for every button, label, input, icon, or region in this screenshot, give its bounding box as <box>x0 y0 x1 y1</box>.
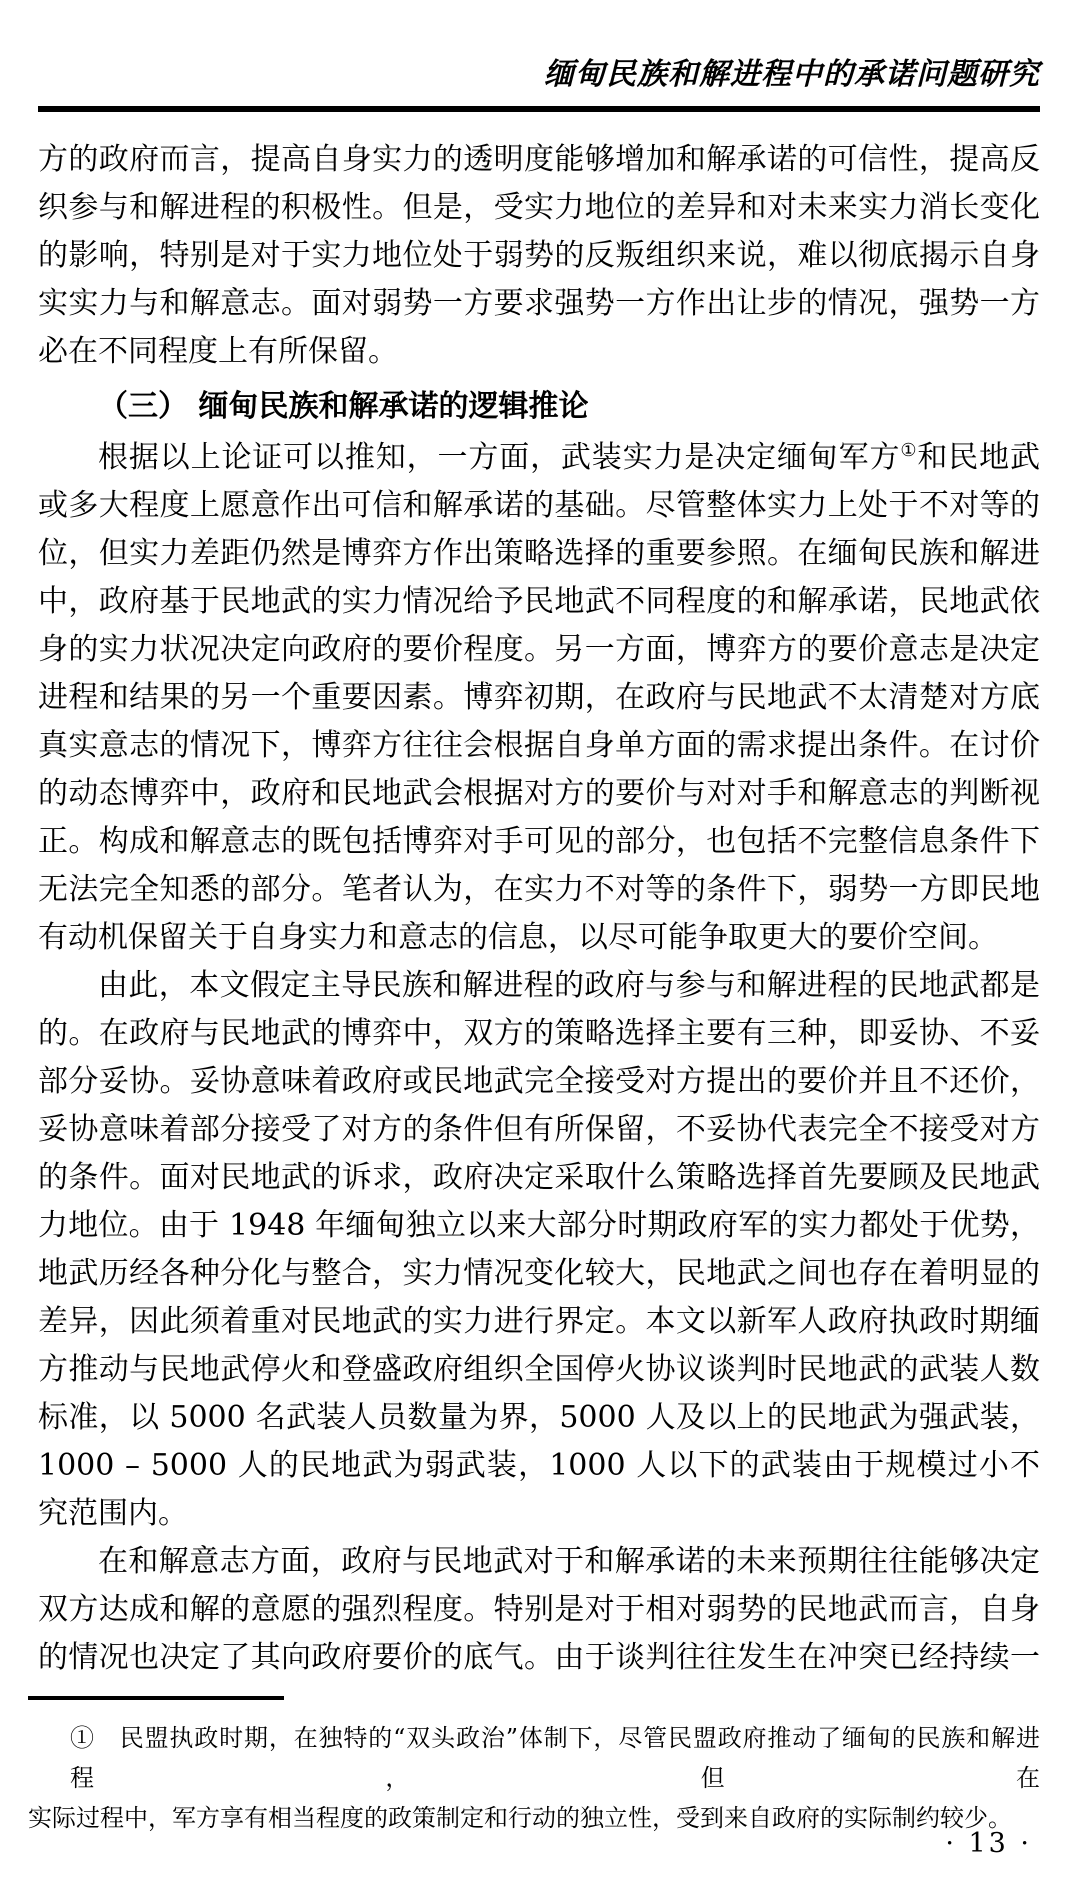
text-line: 身的实力状况决定向政府的要价程度。另一方面，博弈方的要价意志是决定和解 <box>38 626 1040 674</box>
text-line: 中，政府基于民地武的实力情况给予民地武不同程度的和解承诺，民地武依据自 <box>38 578 1040 626</box>
text-line: 1000 – 5000 人的民地武为弱武装，1000 人以下的武装由于规模过小不… <box>38 1442 1040 1490</box>
page-content: 缅甸民族和解进程中的承诺问题研究 方的政府而言，提高自身实力的透明度能够增加和解… <box>0 0 1078 1838</box>
text-line: 的影响，特别是对于实力地位处于弱势的反叛组织来说，难以彻底揭示自身的真 <box>38 232 1040 280</box>
text-line: 方的政府而言，提高自身实力的透明度能够增加和解承诺的可信性，提高反叛组 <box>38 136 1040 184</box>
text-line: 位，但实力差距仍然是博弈方作出策略选择的重要参照。在缅甸民族和解进程 <box>38 530 1040 578</box>
text-line: 方推动与民地武停火和登盛政府组织全国停火协议谈判时民地武的武装人数作为 <box>38 1346 1040 1394</box>
text-line: 正。构成和解意志的既包括博弈对手可见的部分，也包括不完整信息条件下对方 <box>38 818 1040 866</box>
text-line: 的情况也决定了其向政府要价的底气。由于谈判往往发生在冲突已经持续一段时 <box>38 1634 1040 1682</box>
text-line: 有动机保留关于自身实力和意志的信息，以尽可能争取更大的要价空间。 <box>38 914 1040 962</box>
section-heading: （三） 缅甸民族和解承诺的逻辑推论 <box>38 383 1040 431</box>
text-line: 妥协意味着部分接受了对方的条件但有所保留，不妥协代表完全不接受对方提出 <box>38 1106 1040 1154</box>
footnote-block: ① 民盟执政时期，在独特的“双头政治”体制下，尽管民盟政府推动了缅甸的民族和解进… <box>28 1718 1040 1838</box>
text-line: 或多大程度上愿意作出可信和解承诺的基础。尽管整体实力上处于不对等的地 <box>38 482 1040 530</box>
text-line: 实实力与和解意志。面对弱势一方要求强势一方作出让步的情况，强势一方也势 <box>38 280 1040 328</box>
text-line: 部分妥协。妥协意味着政府或民地武完全接受对方提出的要价并且不还价，部分 <box>38 1058 1040 1106</box>
text-line: 织参与和解进程的积极性。但是，受实力地位的差异和对未来实力消长变化预期 <box>38 184 1040 232</box>
text-line: 无法完全知悉的部分。笔者认为，在实力不对等的条件下，弱势一方即民地武最 <box>38 866 1040 914</box>
text-line: 必在不同程度上有所保留。 <box>38 328 1040 376</box>
text-line: 地武历经各种分化与整合，实力情况变化较大，民地武之间也存在着明显的实力 <box>38 1250 1040 1298</box>
footnote-line: 实际过程中，军方享有相当程度的政策制定和行动的独立性，受到来自政府的实际制约较少… <box>28 1798 1040 1838</box>
text-line: 的条件。面对民地武的诉求，政府决定采取什么策略选择首先要顾及民地武的实 <box>38 1154 1040 1202</box>
text-line: 力地位。由于 1948 年缅甸独立以来大部分时期政府军的实力都处于优势，而民 <box>38 1202 1040 1250</box>
text-line: 究范围内。 <box>38 1490 1040 1538</box>
text-line: 的。在政府与民地武的博弈中，双方的策略选择主要有三种，即妥协、不妥协和 <box>38 1010 1040 1058</box>
text-line: 在和解意志方面，政府与民地武对于和解承诺的未来预期往往能够决定当下 <box>38 1538 1040 1586</box>
footnote-ref-1: ① <box>900 440 917 461</box>
text-line: 进程和结果的另一个重要因素。博弈初期，在政府与民地武不太清楚对方底线和 <box>38 674 1040 722</box>
text-line: 双方达成和解的意愿的强烈程度。特别是对于相对弱势的民地武而言，自身实力 <box>38 1586 1040 1634</box>
page-number: · 13 · <box>945 1828 1032 1859</box>
footnote-line: ① 民盟执政时期，在独特的“双头政治”体制下，尽管民盟政府推动了缅甸的民族和解进… <box>28 1718 1040 1798</box>
document-page: 缅甸民族和解进程中的承诺问题研究 方的政府而言，提高自身实力的透明度能够增加和解… <box>0 0 1078 1881</box>
text-line: 差异，因此须着重对民地武的实力进行界定。本文以新军人政府执政时期缅甸军 <box>38 1298 1040 1346</box>
text-line: 根据以上论证可以推知，一方面，武装实力是决定缅甸军方①和民地武是否 <box>38 434 1040 482</box>
body-text: 方的政府而言，提高自身实力的透明度能够增加和解承诺的可信性，提高反叛组织参与和解… <box>38 136 1040 1682</box>
text-line: 标准，以 5000 名武装人员数量为界，5000 人及以上的民地武为强武装，拥有 <box>38 1394 1040 1442</box>
header-rule <box>38 106 1040 112</box>
footnote-separator <box>28 1696 284 1700</box>
text-line: 由此，本文假定主导民族和解进程的政府与参与和解进程的民地武都是理性 <box>38 962 1040 1010</box>
text-line: 的动态博弈中，政府和民地武会根据对方的要价与对对手和解意志的判断视情修 <box>38 770 1040 818</box>
text-line: 真实意志的情况下，博弈方往往会根据自身单方面的需求提出条件。在讨价还价 <box>38 722 1040 770</box>
running-header-title: 缅甸民族和解进程中的承诺问题研究 <box>38 0 1040 94</box>
